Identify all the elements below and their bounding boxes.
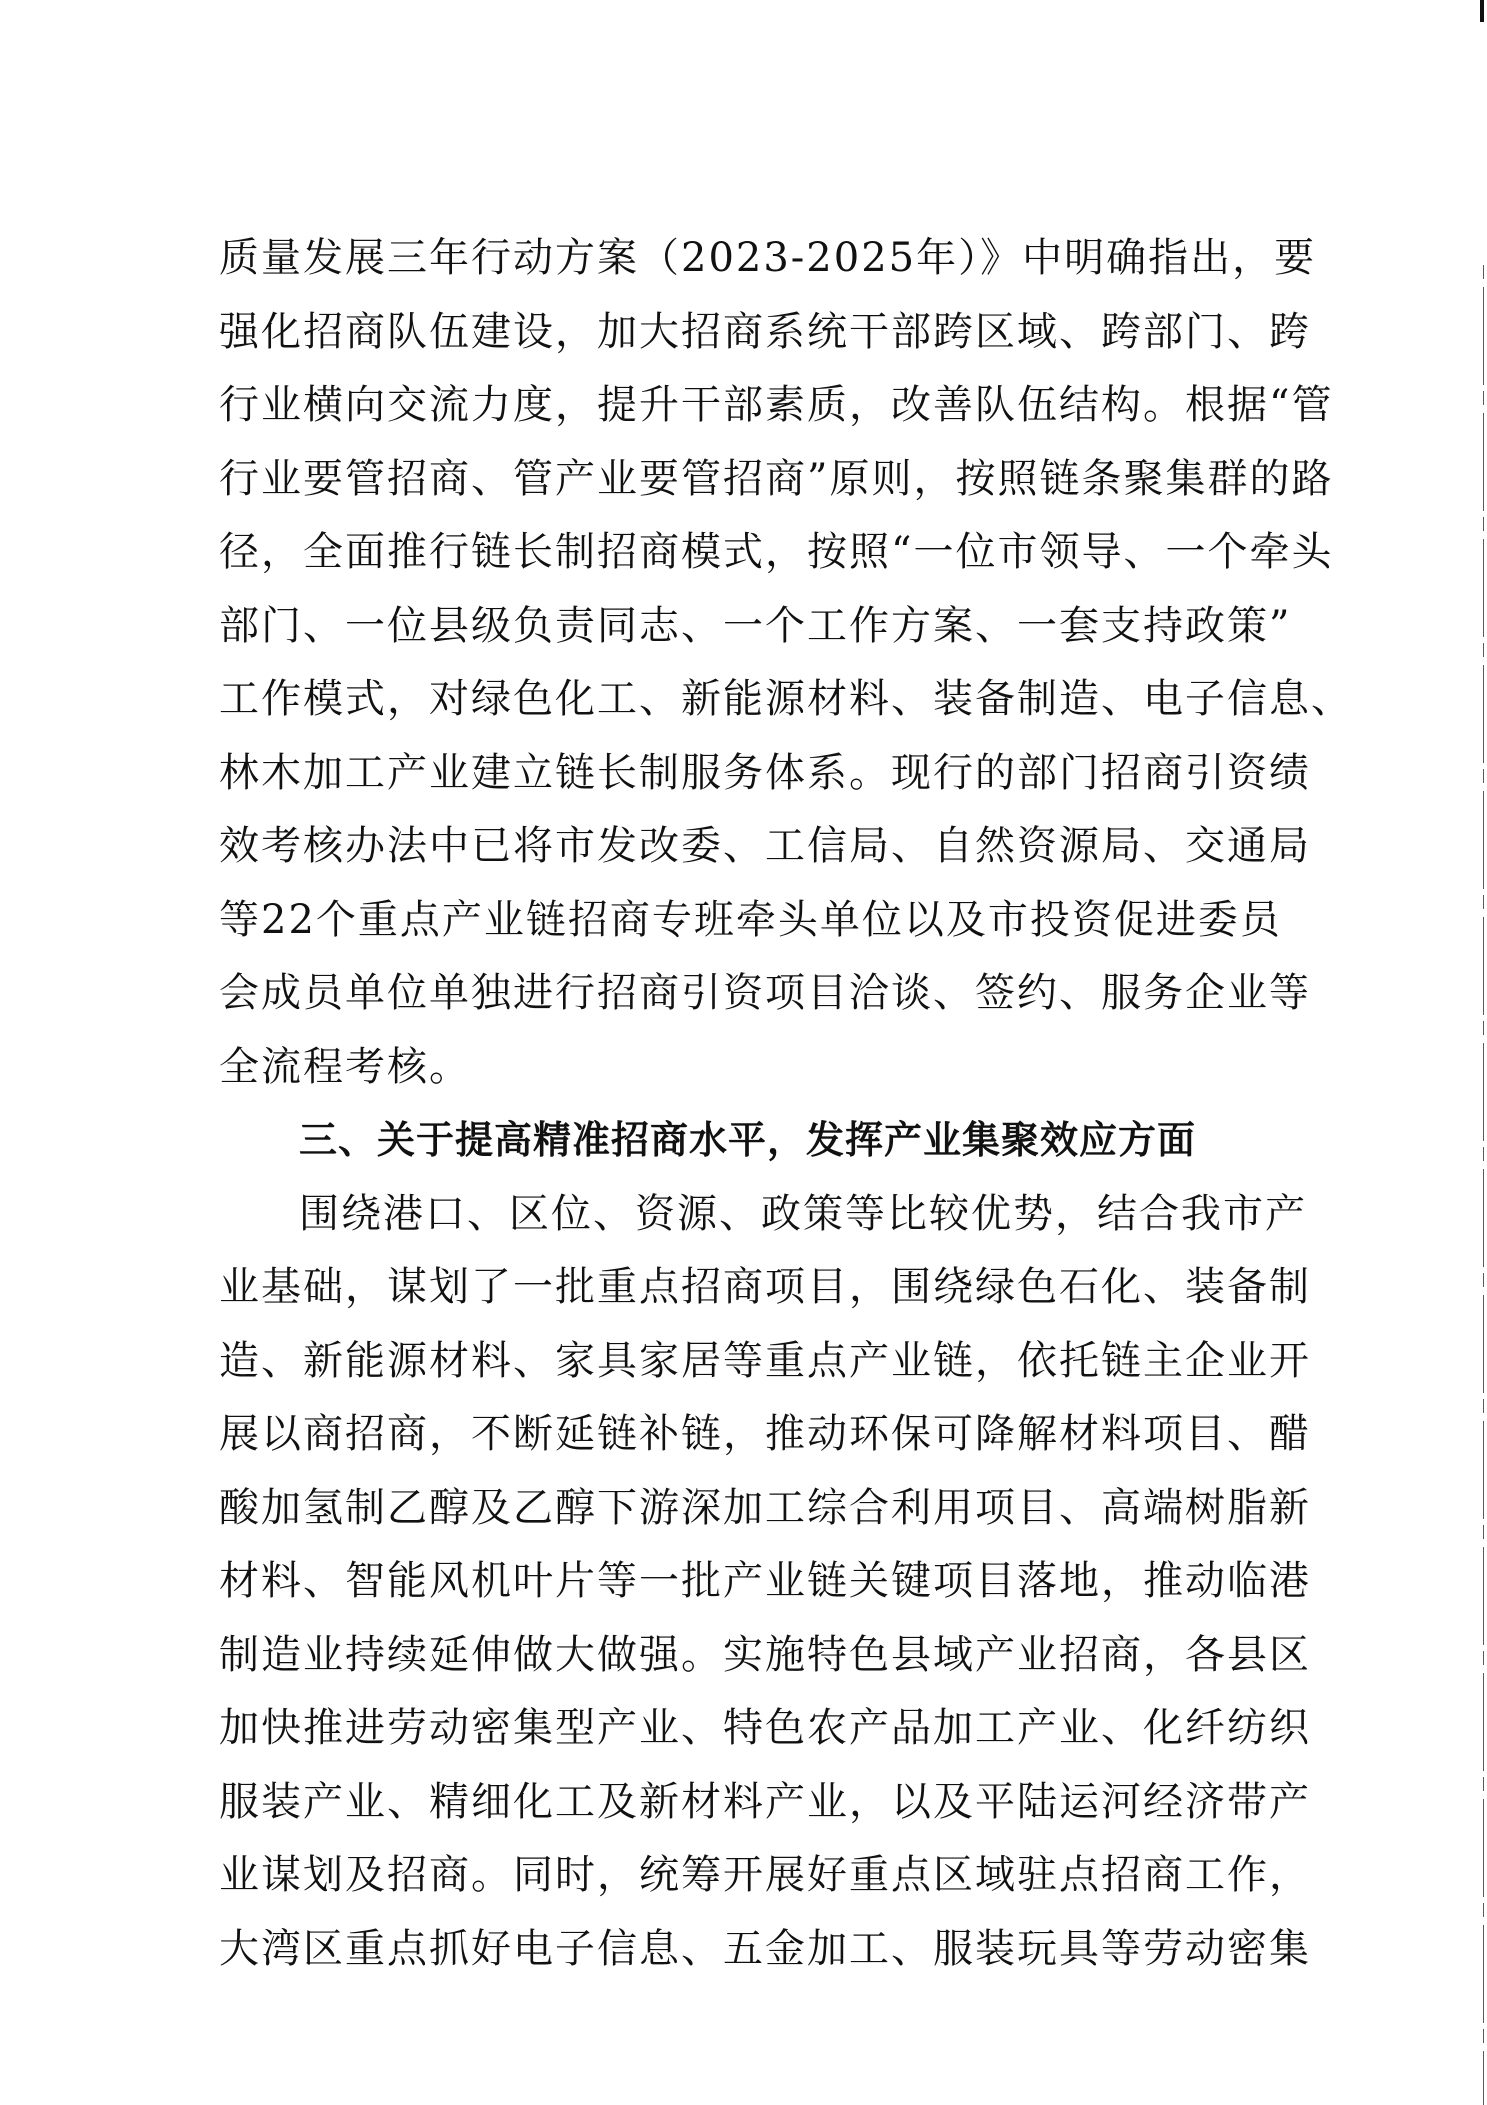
scan-edge-line [1483, 265, 1484, 2105]
section-heading: 三、关于提高精准招商水平，发挥产业集聚效应方面 [219, 1104, 1259, 1178]
document-body: 质量发展三年行动方案（2023-2025年）》中明确指出，要 强化招商队伍建设，… [219, 222, 1259, 1986]
paragraph-2-line: 加快推进劳动密集型产业、特色农产品加工产业、化纤纺织 [219, 1692, 1259, 1766]
paragraph-1-line: 质量发展三年行动方案（2023-2025年）》中明确指出，要 [219, 222, 1259, 296]
paragraph-2-line: 造、新能源材料、家具家居等重点产业链，依托链主企业开 [219, 1325, 1259, 1399]
paragraph-2-line: 服装产业、精细化工及新材料产业，以及平陆运河经济带产 [219, 1766, 1259, 1840]
scanned-page: 质量发展三年行动方案（2023-2025年）》中明确指出，要 强化招商队伍建设，… [0, 0, 1487, 2105]
paragraph-1-line: 会成员单位单独进行招商引资项目洽谈、签约、服务企业等 [219, 957, 1259, 1031]
paragraph-1-line: 等22个重点产业链招商专班牵头单位以及市投资促进委员 [219, 884, 1259, 958]
paragraph-1-line: 全流程考核。 [219, 1031, 1259, 1105]
paragraph-2-line: 制造业持续延伸做大做强。实施特色县域产业招商，各县区 [219, 1619, 1259, 1693]
paragraph-1-line: 行业要管招商、管产业要管招商”原则，按照链条聚集群的路 [219, 443, 1259, 517]
paragraph-1-line: 行业横向交流力度，提升干部素质，改善队伍结构。根据“管 [219, 369, 1259, 443]
scan-edge-mark [1480, 0, 1484, 22]
paragraph-1-line: 林木加工产业建立链长制服务体系。现行的部门招商引资绩 [219, 737, 1259, 811]
paragraph-2-line: 酸加氢制乙醇及乙醇下游深加工综合利用项目、高端树脂新 [219, 1472, 1259, 1546]
paragraph-2-line: 展以商招商，不断延链补链，推动环保可降解材料项目、醋 [219, 1398, 1259, 1472]
paragraph-2-line: 材料、智能风机叶片等一批产业链关键项目落地，推动临港 [219, 1545, 1259, 1619]
paragraph-2-line: 围绕港口、区位、资源、政策等比较优势，结合我市产 [219, 1178, 1259, 1252]
paragraph-1-line: 效考核办法中已将市发改委、工信局、自然资源局、交通局 [219, 810, 1259, 884]
paragraph-1-line: 部门、一位县级负责同志、一个工作方案、一套支持政策” [219, 590, 1259, 664]
paragraph-2-line: 大湾区重点抓好电子信息、五金加工、服装玩具等劳动密集 [219, 1913, 1259, 1987]
paragraph-1-line: 强化招商队伍建设，加大招商系统干部跨区域、跨部门、跨 [219, 296, 1259, 370]
paragraph-1-line: 工作模式，对绿色化工、新能源材料、装备制造、电子信息、 [219, 663, 1259, 737]
paragraph-2-line: 业谋划及招商。同时，统筹开展好重点区域驻点招商工作， [219, 1839, 1259, 1913]
paragraph-2-line: 业基础，谋划了一批重点招商项目，围绕绿色石化、装备制 [219, 1251, 1259, 1325]
paragraph-1-line: 径，全面推行链长制招商模式，按照“一位市领导、一个牵头 [219, 516, 1259, 590]
